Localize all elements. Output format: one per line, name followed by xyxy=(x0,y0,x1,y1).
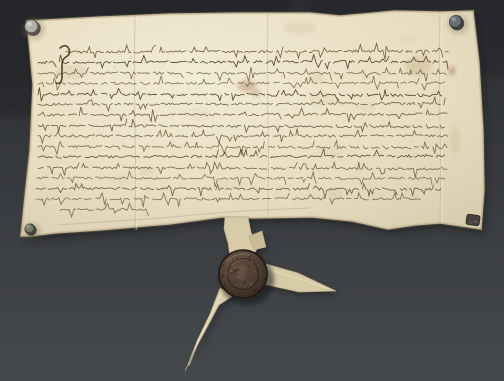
pin-top-right xyxy=(448,14,469,35)
pin-head xyxy=(450,16,461,27)
pin-bottom-left xyxy=(24,223,41,240)
stain xyxy=(110,175,130,185)
stain xyxy=(449,67,455,75)
stain xyxy=(316,143,344,157)
charter-photograph xyxy=(0,0,504,381)
pin-top-left xyxy=(23,18,46,41)
pin-bottom-right xyxy=(466,214,480,226)
photo-stage xyxy=(0,0,504,381)
pin-highlight xyxy=(27,22,32,27)
pin-head xyxy=(25,224,33,232)
pin-speckle xyxy=(470,222,471,223)
stain xyxy=(450,126,460,154)
stain xyxy=(284,22,316,34)
pin-speckle xyxy=(475,221,477,223)
pin-head xyxy=(466,214,480,226)
pin-head xyxy=(25,20,37,32)
pin-speckle xyxy=(473,221,475,223)
pin-highlight xyxy=(451,17,455,21)
pin-highlight xyxy=(26,225,30,229)
